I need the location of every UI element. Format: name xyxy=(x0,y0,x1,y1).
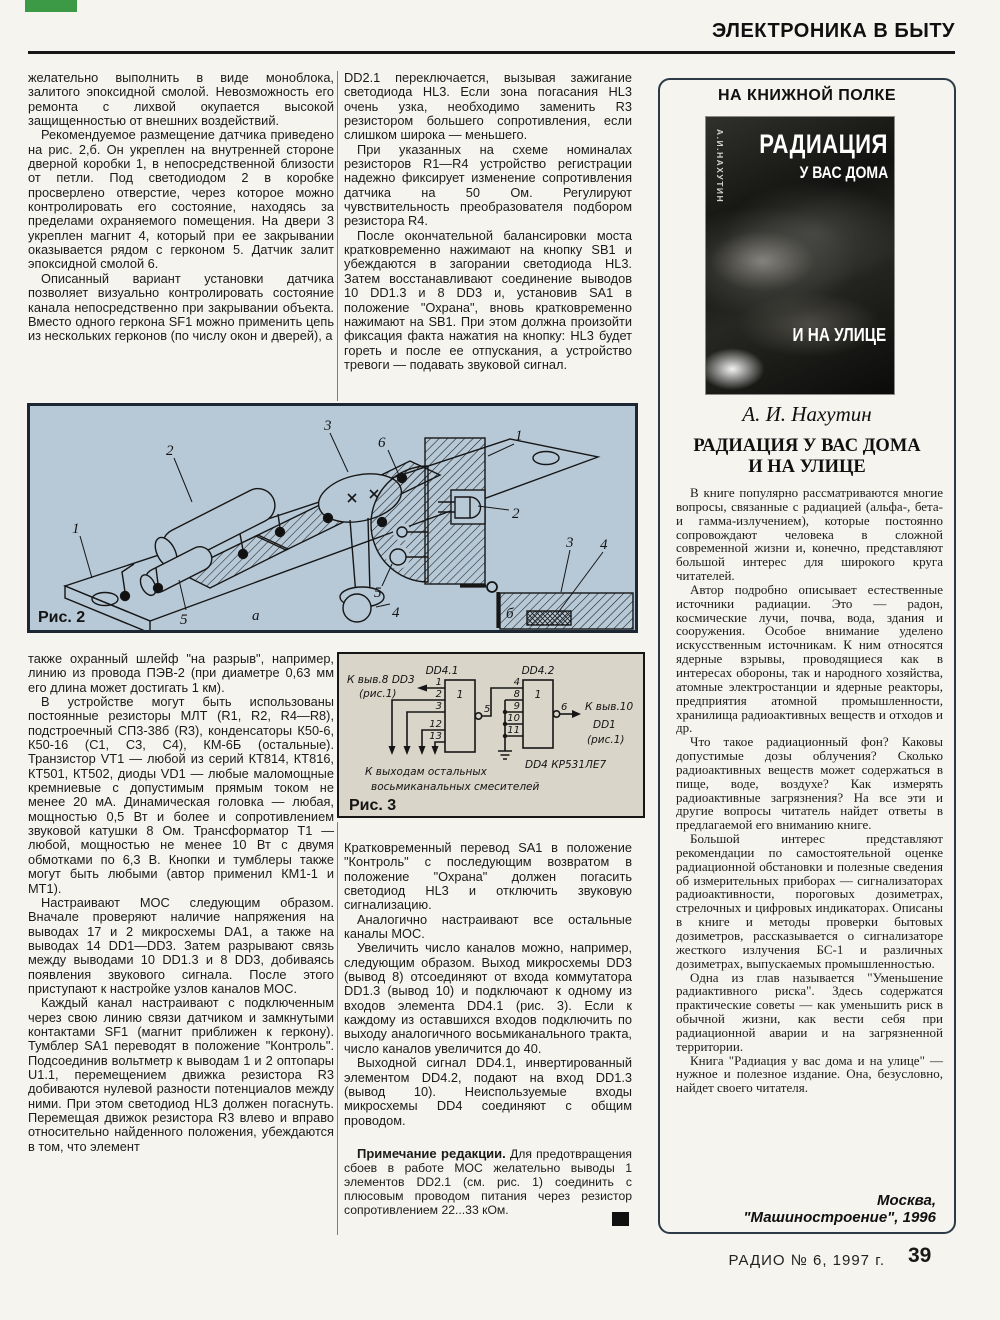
bookshelf-box: НА КНИЖНОЙ ПОЛКЕ А.И.НАХУТИН РАДИАЦИЯ У … xyxy=(658,78,956,1234)
fig3-pin-out-left: 5 xyxy=(484,704,490,715)
fig2-label-r4: 4 xyxy=(600,537,608,553)
fig2-label-1: 1 xyxy=(72,521,80,537)
fig2-label-4: 4 xyxy=(392,605,400,621)
fig3-input-label-2: (рис.1) xyxy=(359,688,396,700)
paragraph: Большой интерес представляют рекомендаци… xyxy=(676,832,943,970)
figure-3-panel: К выв.8 DD3 (рис.1) DD4.1 DD4.2 1 1 1 2 … xyxy=(337,652,645,818)
fig3-pin: 3 xyxy=(436,701,442,712)
end-of-article-mark xyxy=(612,1212,629,1226)
book-title: РАДИАЦИЯ У ВАС ДОМА И НА УЛИЦЕ xyxy=(660,436,954,478)
book-cover-image: А.И.НАХУТИН РАДИАЦИЯ У ВАС ДОМА И НА УЛИ… xyxy=(705,116,895,395)
article-column2-bottom: Кратковременный перевод SA1 в положение … xyxy=(344,841,632,1128)
publisher-city: Москва, xyxy=(696,1192,936,1209)
paragraph: Кратковременный перевод SA1 в положение … xyxy=(344,841,632,913)
fig3-bottom-label-2: восьмиканальных смесителей xyxy=(371,781,539,793)
book-cover-title-3: И НА УЛИЦЕ xyxy=(792,325,886,346)
fig2-label-r1: 1 xyxy=(515,428,523,444)
fig2-label-2: 2 xyxy=(166,443,174,459)
fig3-gate1-name: DD4.1 xyxy=(426,665,459,677)
book-author: А. И. Нахутин xyxy=(660,402,954,427)
fig2-label-a: а xyxy=(252,608,260,624)
book-cover-title-1: РАДИАЦИЯ xyxy=(759,129,888,160)
paragraph: После окончательной балансировки моста к… xyxy=(344,229,632,372)
article-column1-bottom: также охранный шлейф "на разрыв", наприм… xyxy=(28,652,334,1154)
fig3-input-label-1: К выв.8 DD3 xyxy=(347,674,415,686)
editors-note-label: Примечание редакции. xyxy=(357,1146,506,1161)
paragraph: В устройстве могут быть использованы пос… xyxy=(28,695,334,896)
fig3-pin-out-right: 6 xyxy=(561,702,567,713)
fig2-label-b: б xyxy=(506,606,514,622)
article-column1-top: желательно выполнить в виде моноблока, з… xyxy=(28,71,334,344)
book-title-line1: РАДИАЦИЯ У ВАС ДОМА xyxy=(660,436,954,457)
paragraph: Одна из глав называется "Уменьшение ради… xyxy=(676,971,943,1054)
fig3-pin: 1 xyxy=(436,677,442,688)
footer-page-number: 39 xyxy=(908,1244,931,1268)
figure-3-schematic: К выв.8 DD3 (рис.1) DD4.1 DD4.2 1 1 1 2 … xyxy=(339,654,643,816)
book-cover-spine-author: А.И.НАХУТИН xyxy=(715,129,725,224)
paragraph: В книге популярно рассматриваются многие… xyxy=(676,486,943,583)
paragraph: Каждый канал настраивают с подключенным … xyxy=(28,996,334,1154)
book-publisher: Москва, "Машиностроение", 1996 xyxy=(696,1192,936,1226)
editors-note: Примечание редакции. Для предотвращения … xyxy=(344,1147,632,1218)
column-divider xyxy=(337,822,338,1235)
article-column2-top: DD2.1 переключается, вызывая зажигание с… xyxy=(344,71,632,372)
figure-2-panel: 3 2 1 5 4 а 6 1 2 3 4 5 б Рис. 2 xyxy=(27,403,638,633)
footer-journal: РАДИО № 6, 1997 г. xyxy=(630,1252,885,1269)
fig3-gate2-symbol: 1 xyxy=(535,689,542,701)
fig3-pin: 10 xyxy=(507,713,520,724)
paragraph: Настраивают МОС следующим образом. Внача… xyxy=(28,896,334,996)
paragraph: желательно выполнить в виде моноблока, з… xyxy=(28,71,334,128)
fig3-pin: 11 xyxy=(507,725,520,736)
paragraph: При указанных на схеме номиналах резисто… xyxy=(344,143,632,229)
page-corner-green-mark xyxy=(25,0,77,12)
bookshelf-title: НА КНИЖНОЙ ПОЛКЕ xyxy=(660,87,954,105)
paragraph: также охранный шлейф "на разрыв", наприм… xyxy=(28,652,334,695)
publisher-name-year: "Машиностроение", 1996 xyxy=(696,1209,936,1226)
figure-2-drawing: 3 2 1 5 4 а 6 1 2 3 4 5 б Рис. 2 xyxy=(30,406,635,630)
fig3-pin: 12 xyxy=(429,719,442,730)
fig2-label-5: 5 xyxy=(180,612,188,628)
fig2-label-r3: 3 xyxy=(565,535,574,551)
book-cover-title-2: У ВАС ДОМА xyxy=(799,164,888,183)
fig3-pin: 13 xyxy=(429,731,442,742)
column-divider xyxy=(337,71,338,401)
fig3-caption: Рис. 3 xyxy=(349,797,396,814)
fig2-label-r5: 5 xyxy=(374,585,382,601)
paragraph: Описанный вариант установки датчика позв… xyxy=(28,272,334,344)
paragraph: Рекомендуемое размещение датчика приведе… xyxy=(28,128,334,271)
section-header: ЭЛЕКТРОНИКА В БЫТУ xyxy=(400,20,955,43)
fig3-pin: 4 xyxy=(514,677,520,688)
paragraph: Что такое радиационный фон? Каковы допус… xyxy=(676,735,943,832)
fig2-caption: Рис. 2 xyxy=(38,609,85,626)
fig3-gate2-name: DD4.2 xyxy=(522,665,555,677)
paragraph: DD2.1 переключается, вызывая зажигание с… xyxy=(344,71,632,143)
paragraph: Автор подробно описывает естественные ис… xyxy=(676,583,943,735)
magazine-page: { "page": { "header": "ЭЛЕКТРОНИКА В БЫТ… xyxy=(0,0,1000,1320)
paragraph: Увеличить число каналов можно, например,… xyxy=(344,941,632,1056)
fig3-bottom-label-1: К выходам остальных xyxy=(365,766,488,778)
fig3-pin: 2 xyxy=(436,689,442,700)
fig3-output-label-1: К выв.10 xyxy=(585,701,633,713)
paragraph: Книга "Радиация у вас дома и на улице" —… xyxy=(676,1054,943,1096)
fig3-chip-label: DD4 КР531ЛЕ7 xyxy=(525,759,607,771)
fig2-label-r2: 2 xyxy=(512,506,520,522)
fig3-pin: 9 xyxy=(514,701,520,712)
book-review-text: В книге популярно рассматриваются многие… xyxy=(676,486,943,1095)
book-title-line2: И НА УЛИЦЕ xyxy=(660,457,954,478)
header-rule xyxy=(28,51,955,54)
paragraph: Выходной сигнал DD4.1, инвертированный э… xyxy=(344,1056,632,1128)
fig3-pin: 8 xyxy=(514,689,520,700)
fig3-gate1-symbol: 1 xyxy=(457,689,464,701)
fig3-output-label-3: (рис.1) xyxy=(587,734,624,746)
fig2-label-6: 6 xyxy=(378,435,386,451)
fig2-label-3: 3 xyxy=(323,418,332,434)
paragraph: Аналогично настраивают все остальные кан… xyxy=(344,913,632,942)
fig3-output-label-2: DD1 xyxy=(593,719,616,731)
